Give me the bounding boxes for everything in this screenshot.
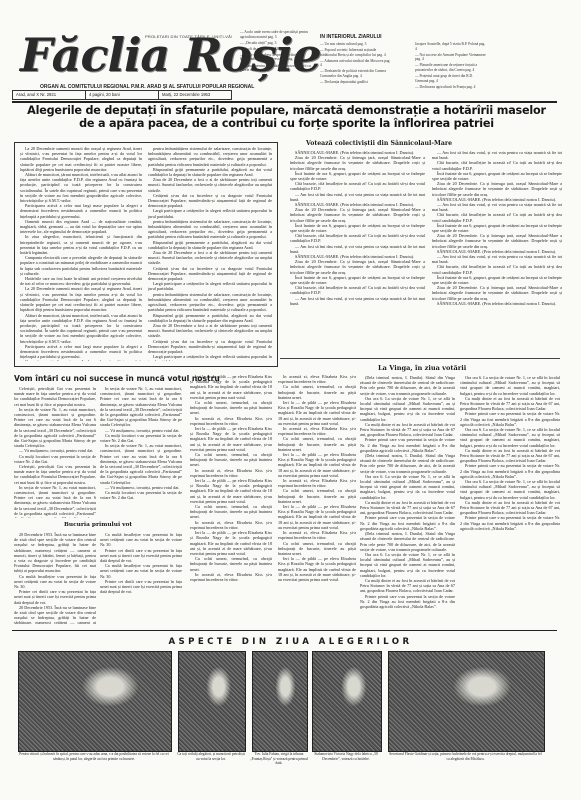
issue-date: Marți, 22 Decembrie 1953 — [159, 91, 231, 99]
toc-item[interactable]: — Măsuri pentru îmbunătățirea aprovizion… — [240, 64, 312, 73]
article-paragraph: Printre cei dintîi care s-au prezentat î… — [100, 579, 182, 595]
article-paragraph: Cîtă bucurie, cîtă însuflețire în aceast… — [290, 181, 425, 191]
article-paragraph: Ca mulți locuitori s-au prezentat la sec… — [100, 433, 182, 443]
article-title-vom-intari: Vom întări cu noi succese în muncă votul… — [14, 374, 220, 383]
article-paragraph: Încă înainte de ora 6, grupuri, grupuri … — [290, 275, 425, 285]
photo-caption-3: Tov. Iulia Fabian, strigă la tribuna „Fr… — [250, 752, 308, 766]
article-paragraph: Ca mulți locuitori s-au prezentat la sec… — [100, 490, 182, 500]
article-paragraph: Ziua de 20 Decembrie. Ca și întreaga țar… — [432, 285, 562, 301]
article-paragraph: Largă participare a cetățenilor la alege… — [148, 281, 272, 291]
article-sannicolau-col-2: — Am fost să îmi dau votul, și voi vota … — [432, 150, 562, 355]
toc-item[interactable]: — Școli de calificare C.F.R. — [240, 47, 312, 52]
article-paragraph: Cetățenii și-au dat cu încredere și cu d… — [148, 193, 272, 209]
toc-item[interactable]: — Poporul sovietic înfierează acțiunile … — [320, 48, 392, 57]
article-paragraph: — Am fost să îmi dau votul, și voi vota … — [432, 254, 562, 264]
article-paragraph: Printre primii care s-au prezentat la se… — [460, 515, 560, 531]
headline-line-2: de a apăra pacea, de a contribui cu forț… — [14, 117, 559, 130]
lead-article-col-1: La 20 Decembrie oamenii muncii din orașu… — [20, 146, 142, 361]
article-paragraph: pentru îmbunătățirea sistemului de salar… — [148, 292, 272, 313]
article-paragraph: Participarea activă a celor mai largi ma… — [20, 203, 142, 219]
article-paragraph: Ziua de 20 Decembrie. Ca și întreaga țar… — [432, 181, 562, 197]
article-paragraph: Ora ora 6. La secția de votare Nr. 1, ce… — [460, 375, 560, 396]
article-paragraph: Cîtă bucurie, cîtă însuflețire în aceast… — [432, 160, 562, 170]
article-paragraph: In secția de votare Nr. 1, au votat munc… — [100, 443, 182, 485]
toc-right-column: Jacques Soustelle, după 5 vizita R.P. Po… — [415, 42, 487, 91]
article-paragraph: Răspunzînd grijii permanente a partidulu… — [148, 240, 272, 250]
article-paragraph: Printre primii care s-au prezentat la se… — [360, 437, 455, 453]
photo-young-voter — [252, 651, 308, 752]
article-paragraph: Ca multă însuflețire s-au prezentat în f… — [100, 563, 182, 579]
article-paragraph: Ziua de 20 Decembrie. Ca și întreaga țar… — [290, 207, 425, 223]
toc-title: IN INTERIORUL ZIARULUI — [320, 34, 382, 40]
article-paragraph: Cetățenii și-au dat cu încredere și cu d… — [148, 266, 272, 282]
article-paragraph: — Am fost să îmi dau votul, și voi vota … — [290, 192, 425, 202]
article-paragraph: Cîtă bucurie, cîtă însuflețire în aceast… — [432, 264, 562, 274]
toc-item[interactable]: — Adunarea activului sindical din Moscov… — [320, 59, 392, 68]
article-vom-col-2: In secția de votare Nr. 1, au votat munc… — [100, 386, 182, 518]
toc-item[interactable]: — Declarația deputatului gaullist — [320, 80, 392, 85]
article-paragraph: In această zi, eleva Elisabeta Kiss și-a… — [190, 468, 272, 478]
lead-article-col-2: pentru îmbunătățirea sistemului de salar… — [148, 146, 272, 361]
article-paragraph: 20 Decembrie 1953. Încă nu se luminase b… — [14, 605, 96, 624]
article-paragraph: Cîtă bucurie, cîtă însuflețire în aceast… — [290, 285, 425, 295]
article-paragraph: Ora ora 6. La secția de votare Nr. 1, ce… — [360, 396, 455, 422]
issue-pages-price: 4 pagini, 20 bani — [86, 91, 159, 99]
article-paragraph: Ziua de 20 Decembrie. Ca și întreaga țar… — [290, 259, 425, 275]
article-paragraph: Cu ochii umezi, tremurînd, cu obrajii îm… — [278, 541, 356, 557]
article-paragraph: Cu mulți dintre ei au fost în această zi… — [360, 578, 455, 594]
article-paragraph: — Am fost să îmi dau votul, și voi vota … — [290, 296, 425, 306]
article-paragraph: Ieri la — de pildă — pe eleva Elisabeta … — [278, 452, 356, 478]
toc-item[interactable]: — Declinarea agriculturii în Franța pag.… — [415, 85, 487, 90]
article-paragraph: — Am fost să îmi dau votul, și voi vota … — [290, 244, 425, 254]
article-vom-col-3: Ieri la — de pildă — pe eleva Elisabeta … — [190, 374, 272, 624]
article-paragraph: Oamenii muncii din regiunea Arad — de na… — [20, 219, 142, 235]
article-paragraph: In această zi, eleva Elisabeta Kiss și-a… — [190, 416, 272, 426]
article-paragraph: Ca multă însuflețire s-au prezentat în f… — [100, 532, 182, 548]
article-paragraph: Ieri la — de pildă — pe eleva Elisabeta … — [190, 530, 272, 556]
toc-left-column: — Acolo unde avem cadre de specialiști p… — [240, 30, 312, 74]
article-paragraph: Cu ochii umezi, tremurînd, cu obrajii îm… — [190, 504, 272, 520]
headline-line-1: Alegerile de deputați în sfaturile popul… — [14, 104, 559, 117]
toc-item[interactable]: — Noi succese ale Armatei Populare Vietn… — [415, 53, 487, 62]
article-paragraph: Printre primii care s-au prezentat la se… — [460, 463, 560, 479]
article-paragraph: pentru îmbunătățirea sistemului de salar… — [148, 146, 272, 167]
article-paragraph: Ieri la — de pildă — pe eleva Elisabeta … — [278, 504, 356, 530]
article-paragraph: Alături de muncitori, țărani muncitori, … — [20, 172, 142, 203]
article-paragraph: (Dela trimisul nostru, I. Danila). Sfatu… — [360, 531, 455, 552]
article-paragraph: Ieri la — de pildă — pe eleva Elisabeta … — [190, 374, 272, 400]
article-paragraph: Răspunzînd grijii permanente a partidulu… — [148, 313, 272, 323]
article-paragraph: Cu mulți dintre ei au fost în această zi… — [460, 448, 560, 464]
article-paragraph: Participarea activă a celor mai largi ma… — [20, 344, 142, 360]
article-paragraph: In această zi, eleva Elisabeta Kiss și-a… — [190, 520, 272, 530]
article-paragraph: (Dela trimisul nostru, I. Danila). Sfatu… — [360, 453, 455, 474]
article-paragraph: Campania electorală care a precedat aleg… — [20, 255, 142, 276]
article-paragraph: In secția de votare Nr. 1, au votat munc… — [100, 386, 182, 428]
article-paragraph: Printre primii care s-au prezentat la se… — [360, 515, 455, 531]
article-paragraph: Largă participare a cetățenilor la alege… — [148, 208, 272, 218]
article-paragraph: Ziua de 20 Decembrie a fost o zi de sărb… — [148, 250, 272, 266]
article-paragraph: Printre primii care s-au prezentat la se… — [360, 594, 455, 610]
article-paragraph: Hotărîrile care au fost luate în ultimii… — [20, 276, 142, 286]
article-paragraph: Cu mulți dintre ei au fost în această zi… — [460, 500, 560, 516]
article-paragraph: SÂNNICOLAUL-MARE. (Prin telefon dela tri… — [432, 301, 562, 306]
photo-caption-2: Ca toți ceilalți alegători, și muncitori… — [176, 752, 246, 761]
article-paragraph: Cu ochii umezi, tremurînd, cu obrajii îm… — [278, 488, 356, 504]
article-paragraph: In această zi, eleva Elisabeta Kiss și-a… — [190, 572, 272, 582]
toc-middle-column: — Un nou cămin cultural pag. 3— Poporul … — [320, 42, 392, 86]
article-paragraph: Cu mulți dintre ei au fost în această zi… — [460, 396, 560, 412]
toc-item[interactable]: — Proțestul unui grup de tineri din R.D.… — [415, 74, 487, 83]
section-divider — [280, 358, 560, 359]
article-paragraph: Ora ora 6. La secția de votare Nr. 1, ce… — [360, 552, 455, 578]
article-paragraph: Oamenii muncii din regiunea Arad — de na… — [20, 359, 142, 361]
article-vom-col-1: Ceferiștii, petroliștii Gai s-au prezent… — [14, 386, 96, 518]
photo-stakhanovite-vote — [312, 651, 382, 752]
article-paragraph: Ziua de 20 Decembrie. Ca și întreaga țar… — [432, 233, 562, 249]
article-paragraph: Cîtă bucurie, cîtă însuflețire în aceast… — [290, 233, 425, 243]
article-title-vinga: La Vinga, în ziua votării — [378, 364, 466, 372]
article-paragraph: 20 Decembrie 1953. Încă nu se luminase b… — [14, 532, 96, 574]
article-paragraph: pentru îmbunătățirea sistemului de salar… — [148, 219, 272, 240]
toc-item[interactable]: Jacques Soustelle, după 5 vizita R.P. Po… — [415, 42, 487, 51]
article-paragraph: Cu ochii umezi, tremurînd, cu obrajii îm… — [190, 556, 272, 572]
article-bucuria-col-2: Ca multă însuflețire s-au prezentat în f… — [100, 532, 182, 624]
photo-ballot-table — [388, 651, 545, 752]
article-vom-col-4: In această zi, eleva Elisabeta Kiss și-a… — [278, 374, 356, 624]
article-paragraph: Ceferiștii, petroliștii Gai s-au prezent… — [14, 386, 96, 407]
article-paragraph: Ca multă însuflețire s-au prezentat în f… — [14, 574, 96, 590]
article-paragraph: Cu mulți dintre ei au fost în această zi… — [360, 500, 455, 516]
article-paragraph: Ieri la — de pildă — pe eleva Elisabeta … — [278, 556, 356, 582]
article-paragraph: Încă înainte de ora 6, grupuri, grupuri … — [290, 223, 425, 233]
article-paragraph: Alături de muncitori, țărani muncitori, … — [20, 313, 142, 344]
article-paragraph: (Dela trimisul nostru, I. Danila). Sfatu… — [360, 375, 455, 396]
article-title-sannicolau: Votează colectiviștii din Sânnicolaul-Ma… — [306, 140, 452, 147]
toc-item[interactable]: — Dezbaterile de politică externă din Ca… — [320, 69, 392, 78]
article-paragraph: In această zi, eleva Elisabeta Kiss și-a… — [278, 478, 356, 488]
photo-caption-1: Pentru viitorii și bolnavii în spital, p… — [18, 752, 170, 761]
article-vinga-col-1: (Dela trimisul nostru, I. Danila). Sfatu… — [360, 375, 455, 625]
article-paragraph: Ziua de 20 Decembrie a fost o zi de sărb… — [148, 177, 272, 193]
article-paragraph: — Am fost să îmi dau votul, și voi vota … — [432, 150, 562, 160]
article-paragraph: Largă participare a cetățenilor la alege… — [148, 354, 272, 361]
photo-section-divider — [12, 630, 557, 631]
main-headline: Alegerile de deputați în sfaturile popul… — [14, 104, 559, 130]
article-paragraph: Ziua de 20 Decembrie a fost o zi de sărb… — [148, 323, 272, 339]
photo-hospital-vote — [18, 651, 172, 752]
article-paragraph: Ieri la — de pildă — pe eleva Elisabeta … — [190, 478, 272, 504]
article-paragraph: Încă înainte de ora 6, grupuri, grupuri … — [432, 223, 562, 233]
article-sannicolau-col-1: SÂNNICOLAUL-MARE. (Prin telefon dela tri… — [290, 150, 425, 355]
toc-item[interactable]: — „Decada cărții” pag. 3 — [240, 41, 312, 46]
article-paragraph: Răspunzînd grijii permanente a partidulu… — [148, 167, 272, 177]
article-paragraph: — Am fost să îmi dau votul, și voi vota … — [432, 202, 562, 212]
article-paragraph: Cîtă bucurie, cîtă însuflețire în aceast… — [432, 212, 562, 222]
toc-item[interactable]: — Planurile americane de reținere forțat… — [415, 63, 487, 72]
photo-caption-4: Stahanovista Victoria Nagy dela fabrica … — [310, 752, 382, 761]
article-paragraph: La 20 Decembrie oamenii muncii din orașu… — [20, 286, 142, 312]
article-paragraph: Încă înainte de ora 6, grupuri, grupuri … — [432, 171, 562, 181]
article-paragraph: Ieri la — de pildă — pe eleva Elisabeta … — [190, 426, 272, 452]
article-paragraph: Ziua de 20 Decembrie. Ca și întreaga țar… — [290, 155, 425, 171]
article-bucuria-col-1: 20 Decembrie 1953. Încă nu se luminase b… — [14, 532, 96, 624]
toc-item[interactable]: — Acolo unde avem cadre de specialiști p… — [240, 30, 312, 39]
article-paragraph: In ziua alegerilor, muncitorii, tehnicie… — [20, 234, 142, 255]
article-paragraph: Ceferiștii, petroliștii Gai s-au prezent… — [14, 464, 96, 485]
photo-worker-vote — [178, 651, 246, 752]
article-paragraph: In această zi, eleva Elisabeta Kiss și-a… — [278, 374, 356, 384]
photo-caption-5: Secretarul Flavie Grădinar și soția, pri… — [388, 752, 543, 761]
article-paragraph: Cetățenii și-au dat cu încredere și cu d… — [148, 339, 272, 355]
article-paragraph: — Vă mulțumesc, tovarăși, pentru votul d… — [14, 448, 96, 453]
article-paragraph: Cu ochii umezi, tremurînd, cu obrajii îm… — [190, 400, 272, 416]
article-paragraph: Printre cei dintîi care s-au prezentat î… — [100, 548, 182, 564]
issue-number: Arad, anul X Nr. 2921 — [13, 91, 86, 99]
article-paragraph: La 20 Decembrie oamenii muncii din orașu… — [20, 146, 142, 172]
article-title-bucuria: Bucuria primului vot — [64, 522, 132, 528]
article-paragraph: In secția de votare Nr. 1, au votat munc… — [14, 407, 96, 449]
article-paragraph: Ora ora 6. La secția de votare Nr. 1, ce… — [360, 474, 455, 500]
article-paragraph: Ora ora 6. La secția de votare Nr. 1, ce… — [460, 479, 560, 500]
article-paragraph: Cu mulți dintre ei au fost în această zi… — [360, 422, 455, 438]
article-paragraph: Ieri la — de pildă — pe eleva Elisabeta … — [278, 400, 356, 426]
photo-section-title: ASPECTE DIN ZIUA ALEGERILOR — [0, 637, 581, 647]
article-paragraph: Cu ochii umezi, tremurînd, cu obrajii îm… — [190, 452, 272, 468]
article-paragraph: In această zi, eleva Elisabeta Kiss și-a… — [278, 530, 356, 540]
toc-item[interactable]: — Un nou cămin cultural pag. 3 — [320, 42, 392, 47]
article-paragraph: Ca mulți locuitori s-au prezentat la sec… — [14, 454, 96, 464]
article-paragraph: Încă înainte de ora 6, grupuri, grupuri … — [432, 275, 562, 285]
article-paragraph: Printre primii care s-au prezentat la se… — [460, 411, 560, 427]
article-paragraph: Printre cei dintîi care s-au prezentat î… — [14, 589, 96, 605]
article-paragraph: Cu ochii umezi, tremurînd, cu obrajii îm… — [278, 436, 356, 452]
article-paragraph: In această zi, eleva Elisabeta Kiss și-a… — [278, 426, 356, 436]
masthead-divider — [12, 101, 557, 103]
issue-info-bar: Arad, anul X Nr. 2921 4 pagini, 20 bani … — [12, 90, 232, 100]
article-paragraph: In secția de votare Nr. 1, au votat munc… — [14, 485, 96, 518]
article-paragraph: Încă înainte de ora 6, grupuri, grupuri … — [290, 171, 425, 181]
article-paragraph: Ora ora 6. La secția de votare Nr. 1, ce… — [460, 427, 560, 448]
toc-item[interactable]: — Fapte care vorbesc despre viața dintr-… — [240, 53, 312, 62]
article-vinga-col-2: Ora ora 6. La secția de votare Nr. 1, ce… — [460, 375, 560, 625]
article-paragraph: Cu ochii umezi, tremurînd, cu obrajii îm… — [278, 384, 356, 400]
